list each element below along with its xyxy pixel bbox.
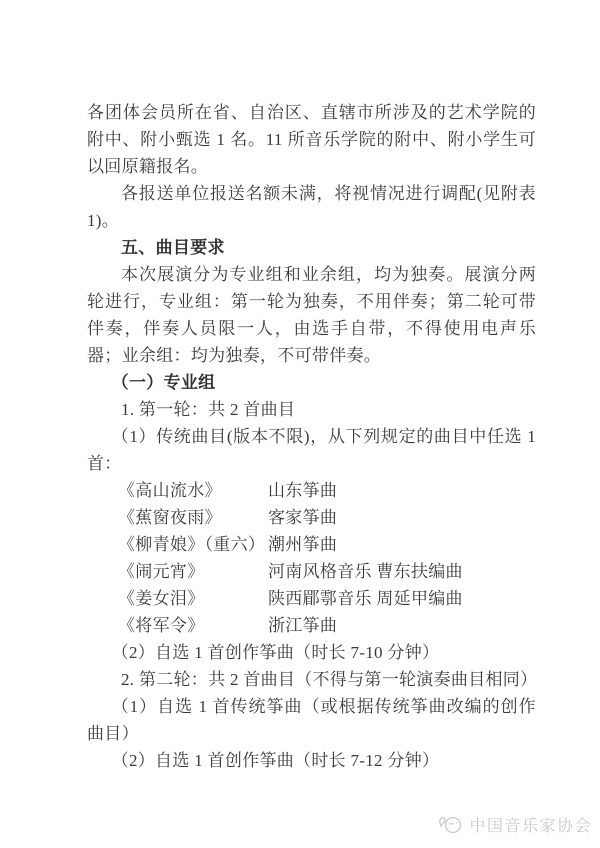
- song-row: 《姜女泪》 陕西郿鄠音乐 周延甲编曲: [87, 585, 536, 612]
- round2-traditional-line: （1）自选 1 首传统筝曲（或根据传统筝曲改编的创作曲目）: [87, 693, 536, 747]
- song-title: 《蕉窗夜雨》: [118, 504, 268, 531]
- round2-heading-line: 2. 第二轮：共 2 首曲目（不得与第一轮演奏曲目相同）: [87, 666, 536, 693]
- song-row: 《蕉窗夜雨》 客家筝曲: [87, 504, 536, 531]
- section-heading-repertoire: 五、曲目要求: [87, 234, 536, 261]
- intro-paragraph: 各团体会员所在省、自治区、直辖市所涉及的艺术学院的附中、附小甄选 1 名。11 …: [87, 99, 536, 180]
- song-title: 《姜女泪》: [118, 585, 268, 612]
- song-source: 浙江筝曲: [268, 612, 337, 639]
- song-title: 《闹元宵》: [118, 558, 268, 585]
- song-source: 陕西郿鄠音乐 周延甲编曲: [268, 585, 463, 612]
- song-row: 《将军令》 浙江筝曲: [87, 612, 536, 639]
- song-source: 潮州筝曲: [268, 531, 337, 558]
- round2-original-line: （2）自选 1 首创作筝曲（时长 7-12 分钟）: [87, 747, 536, 774]
- song-title: 《将军令》: [118, 612, 268, 639]
- song-row: 《闹元宵》 河南风格音乐 曹东扶编曲: [87, 558, 536, 585]
- song-title: 《柳青娘》（重六）: [118, 531, 268, 558]
- song-source: 山东筝曲: [268, 477, 337, 504]
- document-page: 各团体会员所在省、自治区、直辖市所涉及的艺术学院的附中、附小甄选 1 名。11 …: [0, 0, 600, 848]
- round1-traditional-line: （1）传统曲目(版本不限)，从下列规定的曲目中任选 1 首：: [87, 423, 536, 477]
- round1-heading-line: 1. 第一轮：共 2 首曲目: [87, 396, 536, 423]
- song-source: 客家筝曲: [268, 504, 337, 531]
- cma-logo-icon: [438, 814, 464, 836]
- song-row: 《高山流水》 山东筝曲: [87, 477, 536, 504]
- footer-watermark: 中国音乐家协会: [438, 813, 592, 836]
- round1-original-line: （2）自选 1 首创作筝曲（时长 7-10 分钟）: [87, 639, 536, 666]
- song-title: 《高山流水》: [118, 477, 268, 504]
- song-list: 《高山流水》 山东筝曲 《蕉窗夜雨》 客家筝曲 《柳青娘》（重六） 潮州筝曲 《…: [87, 477, 536, 639]
- document-body: 各团体会员所在省、自治区、直辖市所涉及的艺术学院的附中、附小甄选 1 名。11 …: [87, 99, 536, 774]
- overview-paragraph: 本次展演分为专业组和业余组，均为独奏。展演分两轮进行，专业组：第一轮为独奏，不用…: [87, 261, 536, 369]
- song-row: 《柳青娘》（重六） 潮州筝曲: [87, 531, 536, 558]
- quota-adjustment-paragraph: 各报送单位报送名额未满，将视情况进行调配(见附表 1)。: [87, 180, 536, 234]
- group-heading-professional: （一）专业组: [87, 369, 536, 396]
- song-source: 河南风格音乐 曹东扶编曲: [268, 558, 463, 585]
- footer-watermark-text: 中国音乐家协会: [469, 813, 592, 836]
